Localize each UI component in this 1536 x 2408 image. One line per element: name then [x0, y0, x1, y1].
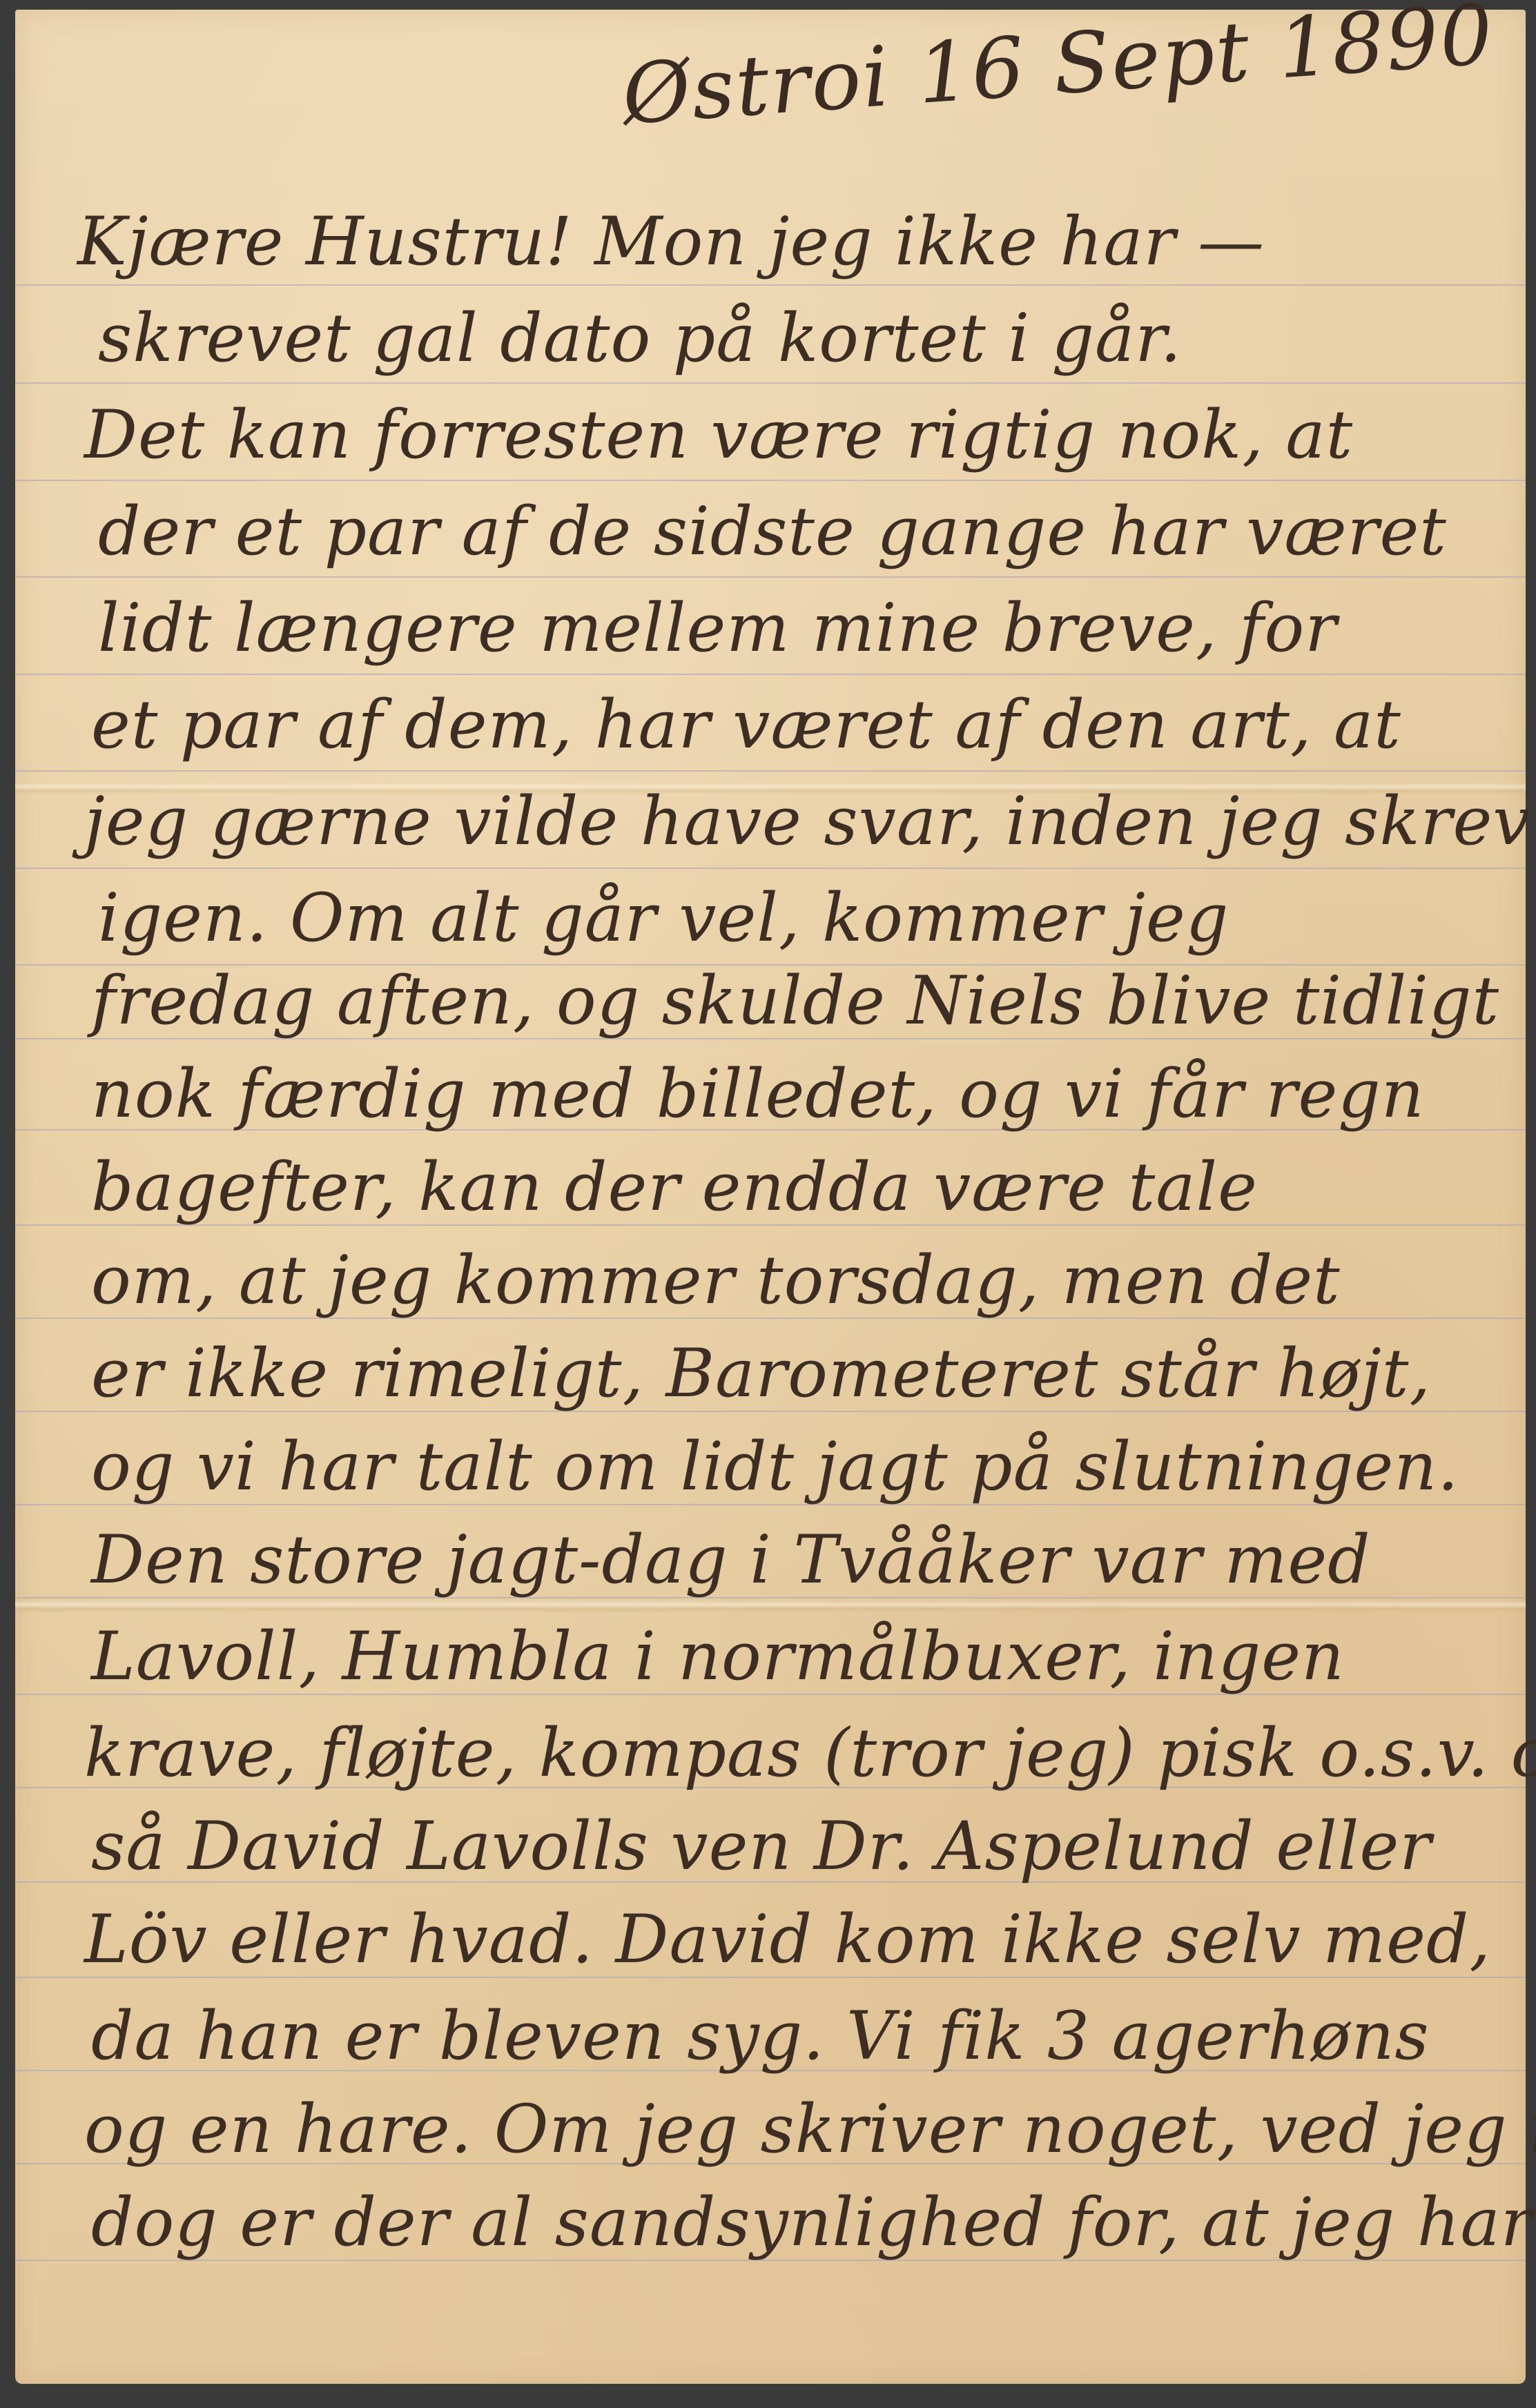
ruled-line	[15, 576, 1526, 578]
letter-line: Den store jagt-dag i Tvååker var med	[91, 1521, 1536, 1598]
letter-line: om, at jeg kommer torsdag, men det	[91, 1242, 1536, 1319]
ruled-line	[15, 674, 1526, 675]
letter-line: og vi har talt om lidt jagt på slutninge…	[91, 1428, 1536, 1505]
letter-line: nok færdig med billedet, og vi får regn	[91, 1055, 1536, 1133]
ruled-line	[15, 382, 1526, 384]
letter-line: skrevet gal dato på kortet i går.	[98, 300, 1536, 377]
letter-line: igen. Om alt går vel, kommer jeg	[98, 879, 1536, 957]
letter-line: jeg gærne vilde have svar, inden jeg skr…	[84, 783, 1536, 860]
letter-line: Kjære Hustru! Mon jeg ikke har —	[77, 203, 1536, 280]
place-date-heading: Østroi 16 Sept 1890	[619, 0, 1497, 144]
paper-fold	[15, 1601, 1526, 1613]
letter-line: da han er bleven syg. Vi fik 3 agerhøns	[91, 1997, 1536, 2075]
letter-line: er ikke rimeligt, Barometeret står højt,	[91, 1335, 1536, 1412]
letter-line: krave, fløjte, kompas (tror jeg) pisk o.…	[84, 1714, 1536, 1792]
letter-line: fredag aften, og skulde Niels blive tidl…	[91, 962, 1536, 1039]
letter-line: Lavoll, Humbla i normålbuxer, ingen	[91, 1618, 1536, 1695]
letter-line: bagefter, kan der endda være tale	[91, 1148, 1536, 1226]
ruled-line	[15, 480, 1526, 481]
letter-line: og en hare. Om jeg skriver noget, ved je…	[84, 2091, 1536, 2168]
letter-line: Det kan forresten være rigtig nok, at	[84, 396, 1536, 473]
letter-line: lidt længere mellem mine breve, for	[98, 589, 1536, 667]
letter-page: Østroi 16 Sept 1890 Kjære Hustru! Mon je…	[15, 10, 1526, 2384]
letter-line: der et par af de sidste gange har været	[98, 493, 1536, 570]
letter-line: så David Lavolls ven Dr. Aspelund eller	[91, 1808, 1536, 1885]
letter-line: Löv eller hvad. David kom ikke selv med,	[84, 1901, 1536, 1978]
ruled-line	[15, 284, 1526, 286]
letter-line: dog er der al sandsynlighed for, at jeg …	[91, 2184, 1536, 2261]
letter-line: et par af dem, har været af den art, at	[91, 686, 1536, 763]
ruled-line	[15, 770, 1526, 772]
ruled-line	[15, 868, 1526, 869]
